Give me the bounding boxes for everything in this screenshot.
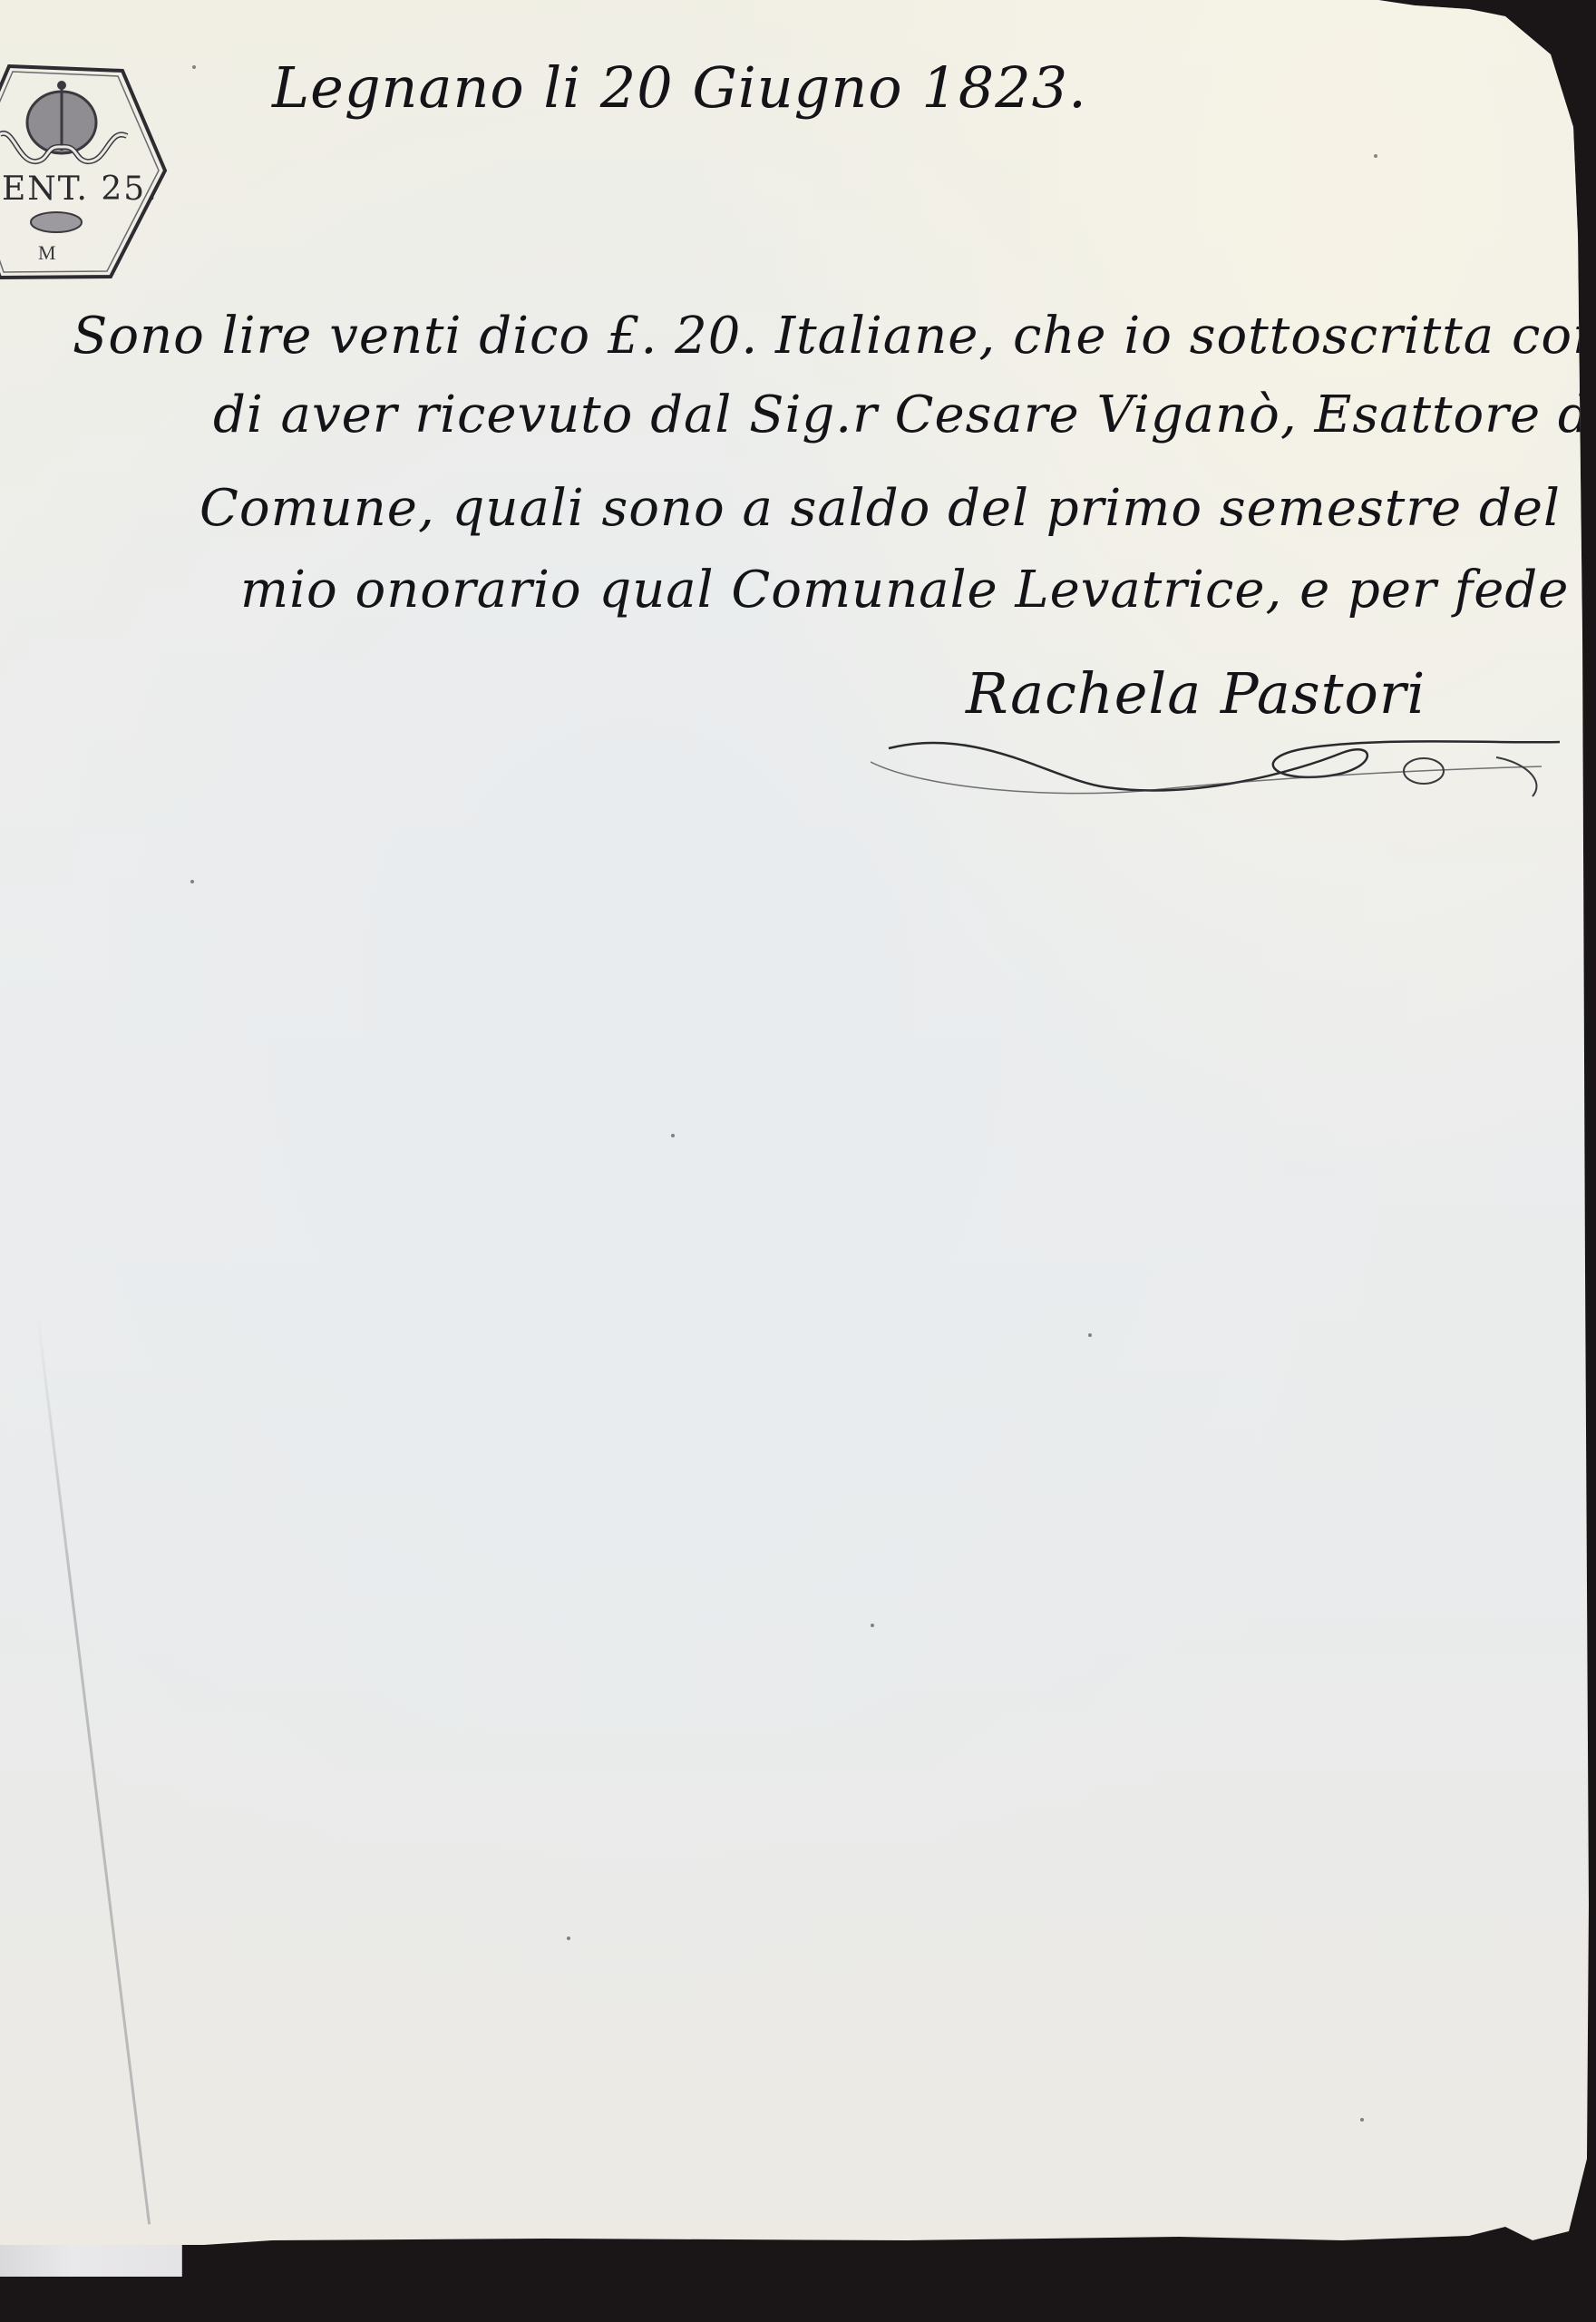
body-line-2: di aver ricevuto dal Sig.r Cesare Viganò…	[213, 385, 1596, 444]
crown-icon	[27, 81, 96, 153]
ink-speck	[1374, 154, 1377, 158]
ink-speck	[567, 1937, 570, 1940]
body-line-4: mio onorario qual Comunale Levatrice, e …	[240, 561, 1569, 620]
stamp-value-text: ENT. 25.	[2, 171, 159, 208]
body-line-1: Sono lire venti dico £. 20. Italiane, ch…	[73, 307, 1596, 366]
dateline: Legnano li 20 Giugno 1823.	[272, 54, 1087, 121]
stamp-letter: M	[38, 241, 56, 265]
ink-speck	[871, 1624, 874, 1627]
ink-speck	[1088, 1333, 1092, 1337]
body-line-3: Comune, quali sono a saldo del primo sem…	[199, 479, 1561, 538]
ink-speck	[190, 880, 194, 883]
document-sheet: ENT. 25. M Legnano li 20 Giugno 1823. So…	[0, 0, 1589, 2245]
ink-speck	[671, 1134, 675, 1137]
revenue-stamp: ENT. 25. M	[0, 63, 168, 281]
ink-speck	[1360, 2118, 1364, 2122]
signature-flourish-icon	[871, 717, 1578, 807]
page-fold-line	[36, 1315, 151, 2225]
ink-speck	[192, 65, 196, 69]
